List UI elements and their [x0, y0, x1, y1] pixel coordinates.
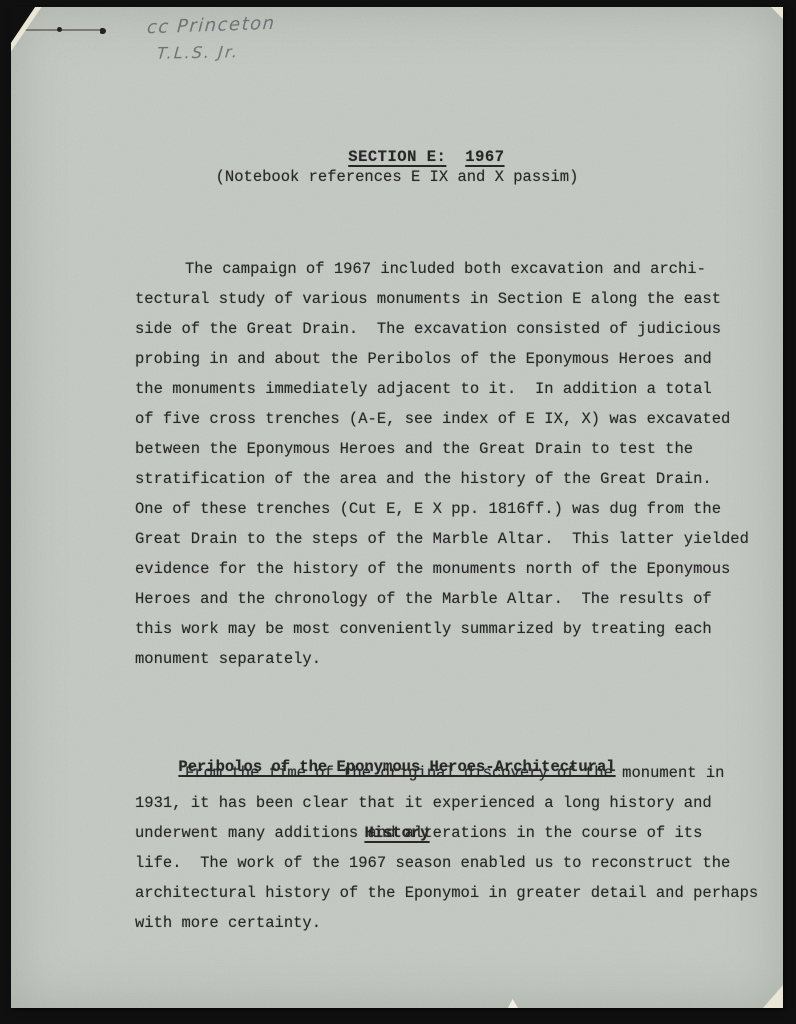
typewritten-line: monument separately.	[135, 644, 749, 674]
typewritten-line: underwent many additions and alterations…	[135, 818, 758, 848]
staple-hole-right	[100, 28, 106, 34]
typewritten-line: the monuments immediately adjacent to it…	[135, 374, 749, 404]
typewritten-line: architectural history of the Eponymoi in…	[135, 878, 758, 908]
typewritten-line: of five cross trenches (A-E, see index o…	[135, 404, 749, 434]
bottom-right-fold	[763, 985, 783, 1008]
typewritten-line: side of the Great Drain. The excavation …	[135, 314, 749, 344]
typewritten-line: life. The work of the 1967 season enable…	[135, 848, 758, 878]
typewritten-line: evidence for the history of the monument…	[135, 554, 749, 584]
typewritten-line: this work may be most conveniently summa…	[135, 614, 749, 644]
handwritten-note-initials: T.L.S. Jr.	[156, 42, 240, 62]
typewritten-line: Great Drain to the steps of the Marble A…	[135, 524, 749, 554]
staple-hole-left	[57, 27, 62, 32]
typewritten-line: between the Eponymous Heroes and the Gre…	[135, 434, 749, 464]
scanned-page-background: cc Princeton T.L.S. Jr. SECTION E:1967 (…	[0, 0, 796, 1024]
paragraph-1: The campaign of 1967 included both excav…	[135, 254, 749, 674]
typewritten-line: probing in and about the Peribolos of th…	[135, 344, 749, 374]
typewritten-line: The campaign of 1967 included both excav…	[135, 254, 749, 284]
typewritten-line: One of these trenches (Cut E, E X pp. 18…	[135, 494, 749, 524]
page-title-section: SECTION E:	[348, 148, 446, 166]
typewritten-line: Heroes and the chronology of the Marble …	[135, 584, 749, 614]
typewritten-line: tectural study of various monuments in S…	[135, 284, 749, 314]
typewritten-line: with more certainty.	[135, 908, 758, 938]
top-right-nick	[771, 7, 783, 19]
bottom-edge-notch	[508, 999, 518, 1008]
typewritten-line: From the time of the original discovery …	[135, 758, 758, 788]
paper-sheet: cc Princeton T.L.S. Jr. SECTION E:1967 (…	[11, 7, 783, 1008]
subtitle: (Notebook references E IX and X passim)	[11, 168, 783, 186]
typewritten-line: 1931, it has been clear that it experien…	[135, 788, 758, 818]
typewritten-line: stratification of the area and the histo…	[135, 464, 749, 494]
handwritten-note-recipient: cc Princeton	[146, 13, 276, 39]
page-title-year: 1967	[465, 148, 504, 166]
paragraph-2: From the time of the original discovery …	[135, 758, 758, 938]
